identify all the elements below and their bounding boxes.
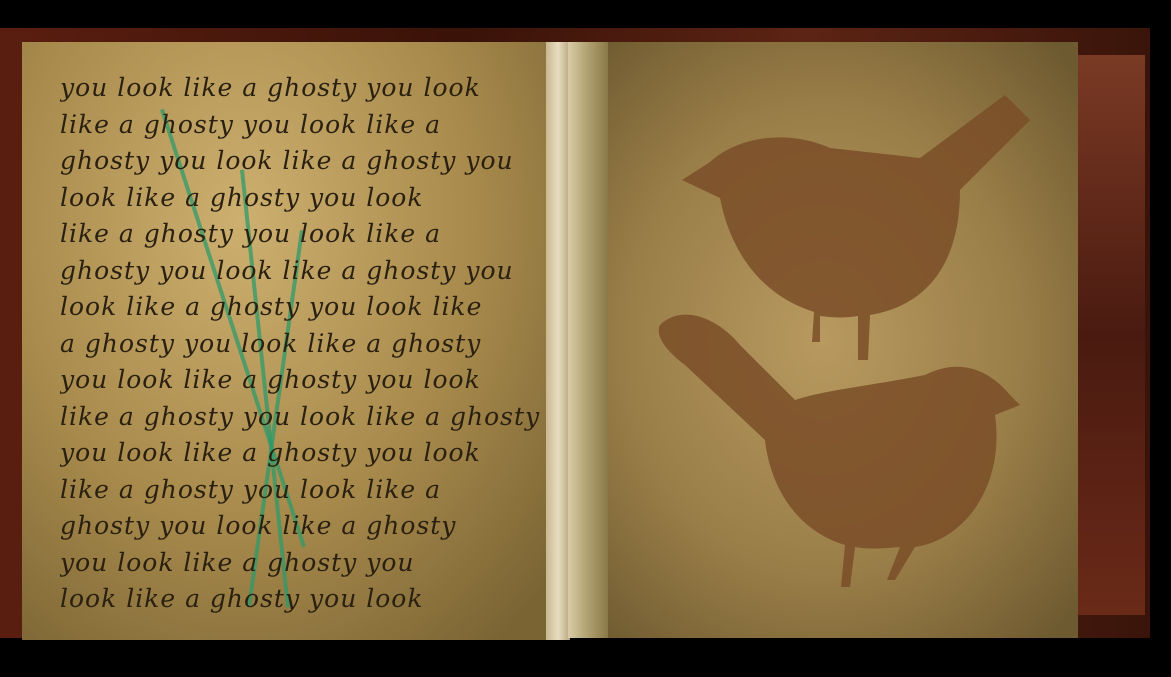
handwriting-line: ghosty you look like a ghosty you (60, 143, 550, 180)
handwriting-line: look like a ghosty you look (60, 581, 550, 618)
handwriting-line: you look like a ghosty you look (60, 362, 550, 399)
handwriting-line: you look like a ghosty you look (60, 435, 550, 472)
handwriting-line: like a ghosty you look like a (60, 472, 550, 509)
handwriting-line: you look like a ghosty you look (60, 70, 550, 107)
handwriting-line: look like a ghosty you look (60, 180, 550, 217)
handwriting-line: look like a ghosty you look like (60, 289, 550, 326)
handwriting-line: ghosty you look like a ghosty you (60, 253, 550, 290)
handwriting-line: like a ghosty you look like a ghosty (60, 399, 550, 436)
handwriting-line: like a ghosty you look like a (60, 107, 550, 144)
book-gutter (568, 42, 608, 638)
handwriting-line: like a ghosty you look like a (60, 216, 550, 253)
handwriting-text: you look like a ghosty you look like a g… (60, 70, 550, 618)
handwriting-line: ghosty you look like a ghosty (60, 508, 550, 545)
handwriting-line: you look like a ghosty you (60, 545, 550, 582)
box-side (1070, 55, 1145, 615)
handwriting-line: a ghosty you look like a ghosty (60, 326, 550, 363)
bird-bottom-icon (655, 305, 1035, 595)
